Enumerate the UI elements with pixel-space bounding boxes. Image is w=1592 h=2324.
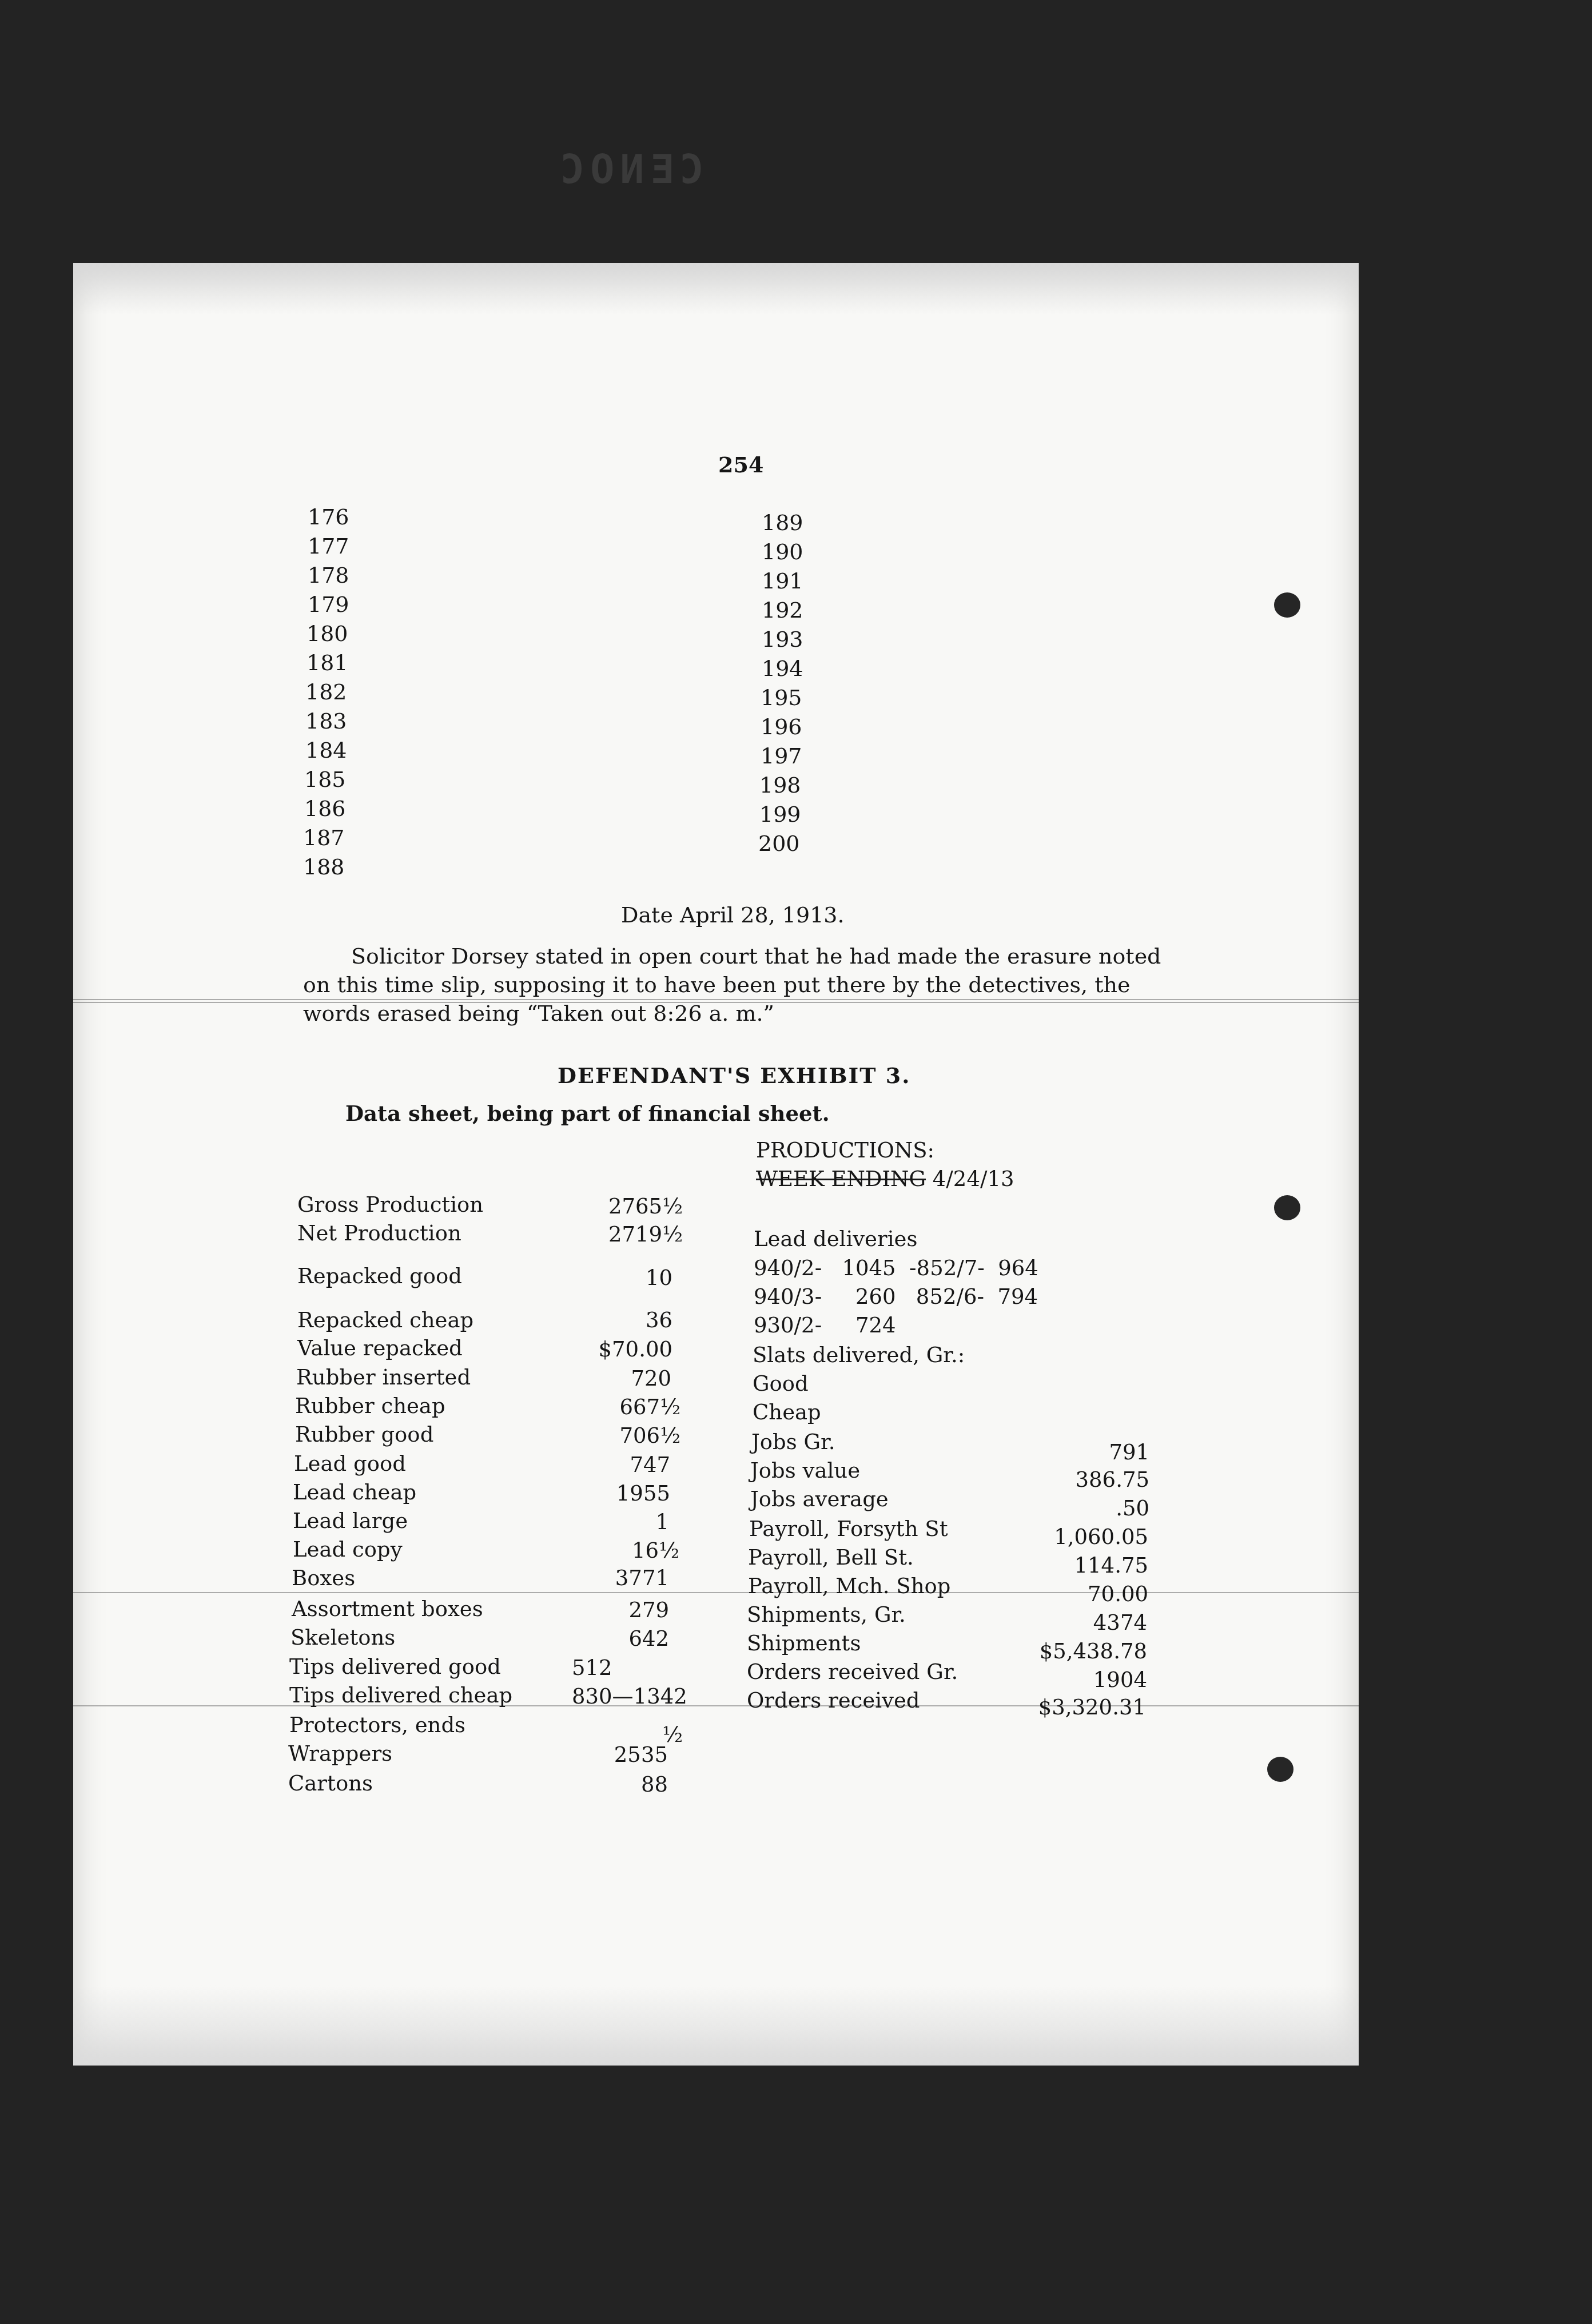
row-value: 10 [646, 1266, 672, 1290]
ledger-number: 199 [759, 802, 801, 827]
slats-cheap-label: Cheap [753, 1400, 821, 1424]
lead-delivery-line: 940/3- 260 852/6- 794 [754, 1284, 1038, 1309]
row-label: Rubber inserted [296, 1365, 471, 1390]
date-line: Date April 28, 1913. [621, 902, 845, 928]
row-value: 4374 [1093, 1610, 1147, 1635]
punch-hole-icon [1274, 592, 1300, 618]
row-value: 642 [628, 1626, 669, 1651]
ledger-number: 191 [762, 568, 803, 594]
row-label: Rubber cheap [295, 1394, 445, 1418]
row-label: Shipments [747, 1631, 861, 1656]
ledger-dot-leader [360, 582, 703, 587]
ledger-number: 177 [308, 534, 349, 559]
row-label: Payroll, Mch. Shop [748, 1574, 950, 1598]
row-label: Shipments, Gr. [747, 1602, 906, 1627]
row-value: $3,320.31 [1038, 1695, 1146, 1720]
row-value: 386.75 [1076, 1467, 1149, 1492]
row-label: Repacked cheap [297, 1308, 473, 1332]
ledger-number: 197 [761, 743, 802, 769]
row-label: Lead good [294, 1451, 406, 1476]
scan-artifact-line [73, 1705, 1359, 1706]
ledger-dot-leader [819, 678, 1162, 683]
ledger-dot-leader [358, 815, 701, 821]
ledger-number: 192 [762, 598, 803, 623]
ledger-dot-leader [359, 698, 702, 704]
row-value: 1904 [1093, 1668, 1147, 1692]
row-value: 1,060.05 [1054, 1525, 1148, 1549]
paragraph-line: Solicitor Dorsey stated in open court th… [351, 944, 1161, 969]
ledger-number: 179 [308, 592, 349, 617]
scan-artifact-line [73, 999, 1359, 1000]
row-label: Protectors, ends [289, 1713, 465, 1737]
film-frame-mark: ƆOИƎƆ [560, 146, 710, 193]
row-label: Lead large [293, 1509, 408, 1533]
row-value: 512 [572, 1656, 612, 1680]
ledger-number: 193 [762, 627, 803, 652]
ledger-dot-leader [357, 873, 700, 879]
row-value: 3771 [615, 1566, 669, 1590]
ledger-number: 183 [305, 709, 347, 734]
punch-hole-icon [1267, 1757, 1294, 1782]
paragraph-line: on this time slip, supposing it to have … [303, 972, 1130, 997]
exhibit-subtitle: Data sheet, being part of financial shee… [345, 1101, 830, 1126]
ledger-dot-leader [818, 707, 1161, 713]
ledger-dot-leader [360, 552, 703, 558]
ledger-number: 187 [303, 825, 345, 850]
scan-artifact-line [73, 1592, 1359, 1593]
row-label: Tips delivered cheap [289, 1683, 512, 1708]
ledger-number: 190 [762, 539, 803, 564]
row-label: Lead copy [293, 1537, 403, 1562]
row-value: 1955 [616, 1481, 670, 1506]
ledger-number: 181 [307, 650, 348, 675]
lead-delivery-line: 940/2- 1045 -852/7- 964 [754, 1256, 1038, 1280]
ledger-number: 180 [307, 621, 348, 646]
lead-delivery-line: 930/2- 724 [754, 1313, 896, 1338]
ledger-number: 184 [305, 738, 347, 763]
row-value: 2765½ [608, 1194, 683, 1219]
row-label: Rubber good [295, 1422, 433, 1447]
ledger-dot-leader [817, 853, 1160, 858]
ledger-dot-leader [819, 561, 1162, 567]
row-label: Cartons [288, 1771, 373, 1796]
productions-heading: PRODUCTIONS: [756, 1138, 934, 1163]
ledger-dot-leader [819, 648, 1162, 654]
ledger-dot-leader [817, 823, 1160, 829]
ledger-dot-leader [819, 532, 1162, 538]
ledger-number: 195 [761, 685, 802, 710]
row-value: 279 [628, 1598, 669, 1622]
row-label: Net Production [297, 1221, 461, 1245]
row-label: Orders received Gr. [747, 1660, 958, 1684]
row-label: Value repacked [297, 1336, 463, 1360]
row-value: $5,438.78 [1040, 1639, 1147, 1664]
ledger-number: 186 [304, 796, 346, 821]
row-label: Jobs Gr. [751, 1430, 835, 1454]
row-label: Tips delivered good [289, 1654, 501, 1679]
ledger-dot-leader [360, 669, 703, 675]
ledger-dot-leader [359, 727, 702, 733]
ledger-number: 189 [762, 510, 803, 535]
lead-deliveries-label: Lead deliveries [754, 1227, 917, 1251]
row-value: 1 [655, 1510, 669, 1534]
row-value: 791 [1109, 1440, 1149, 1465]
row-value: 706½ [620, 1423, 680, 1448]
row-label: Repacked good [297, 1264, 462, 1288]
slats-good-label: Good [753, 1371, 809, 1396]
ledger-number: 185 [304, 767, 346, 792]
ledger-number: 194 [762, 656, 803, 681]
row-value: 720 [631, 1366, 671, 1391]
row-value: 2719½ [608, 1222, 683, 1247]
row-value: 36 [646, 1308, 672, 1332]
row-label: Jobs value [750, 1458, 860, 1483]
row-label: Payroll, Forsyth St [749, 1517, 948, 1541]
punch-hole-icon [1274, 1195, 1300, 1220]
document-page [73, 263, 1359, 2066]
week-ending-line: WEEK ENDING 4/24/13 [756, 1167, 1014, 1191]
row-label: Wrappers [288, 1741, 392, 1766]
ledger-dot-leader [819, 619, 1162, 625]
row-value: 2535 [614, 1742, 668, 1767]
ledger-number: 198 [759, 773, 801, 798]
ledger-number: 196 [761, 714, 802, 739]
row-label: Assortment boxes [292, 1597, 483, 1621]
row-value: 830—1342 [572, 1684, 687, 1709]
ledger-dot-leader [360, 523, 703, 529]
row-label: Skeletons [290, 1625, 395, 1650]
week-ending-date: 4/24/13 [933, 1167, 1014, 1191]
exhibit-title: DEFENDANT'S EXHIBIT 3. [558, 1062, 911, 1088]
page-number: 254 [718, 452, 763, 477]
row-value: 114.75 [1074, 1553, 1148, 1578]
ledger-dot-leader [360, 611, 703, 616]
slats-label: Slats delivered, Gr.: [753, 1343, 965, 1367]
row-value: .50 [1116, 1496, 1149, 1521]
row-value: 88 [641, 1772, 668, 1797]
row-label: Boxes [292, 1566, 355, 1590]
row-label: Gross Production [297, 1192, 483, 1217]
ledger-dot-leader [359, 757, 702, 762]
week-ending-label: WEEK ENDING [756, 1167, 926, 1191]
row-value: $70.00 [599, 1337, 672, 1362]
ledger-dot-leader [357, 844, 700, 850]
ledger-number: 188 [303, 854, 345, 880]
ledger-dot-leader [817, 794, 1160, 800]
row-value: 16½ [632, 1538, 679, 1563]
row-value: 667½ [620, 1395, 680, 1419]
ledger-number: 176 [308, 504, 349, 530]
row-label: Orders received [747, 1688, 920, 1713]
row-label: Lead cheap [293, 1480, 416, 1505]
ledger-number: 178 [308, 563, 349, 588]
row-value: 747 [630, 1452, 670, 1477]
row-label: Payroll, Bell St. [748, 1545, 914, 1570]
row-label: Jobs average [750, 1487, 889, 1511]
ledger-dot-leader [819, 590, 1162, 596]
ledger-number: 200 [758, 831, 800, 856]
ledger-dot-leader [818, 765, 1161, 771]
row-value: 70.00 [1088, 1582, 1148, 1606]
ledger-number: 182 [305, 679, 347, 705]
ledger-dot-leader [360, 640, 703, 646]
ledger-dot-leader [818, 736, 1161, 742]
ledger-dot-leader [358, 786, 701, 791]
paragraph-line: words erased being “Taken out 8:26 a. m.… [303, 1001, 774, 1026]
